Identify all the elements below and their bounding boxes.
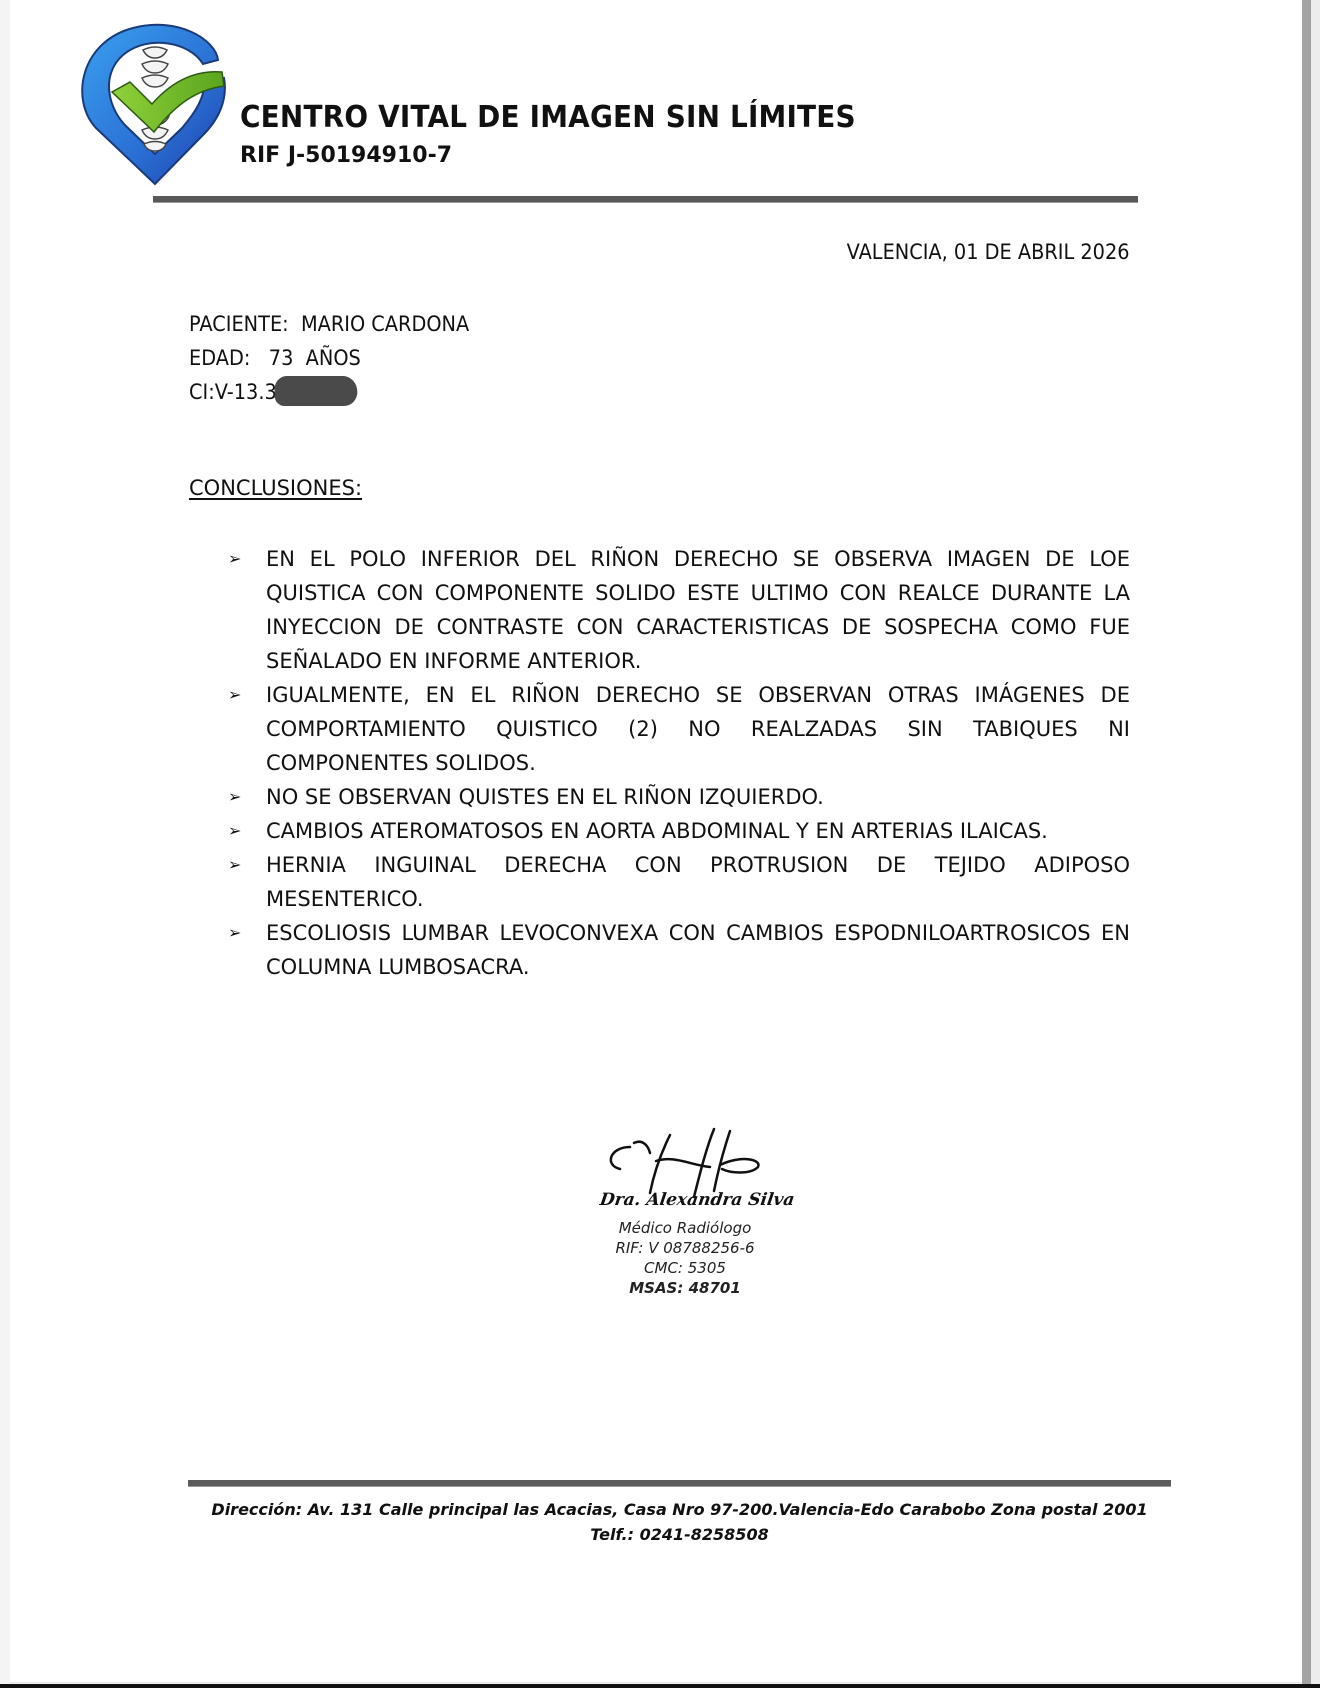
viewer-background bbox=[1311, 0, 1320, 1684]
report-date: VALENCIA, 01 DE ABRIL 2026 bbox=[847, 240, 1130, 264]
redaction-mark bbox=[275, 376, 358, 406]
patient-name-value: MARIO CARDONA bbox=[301, 312, 469, 336]
organization-name: CENTRO VITAL DE IMAGEN SIN LÍMITES bbox=[240, 100, 856, 135]
conclusion-item: ➢HERNIA INGUINAL DERECHA CON PROTRUSION … bbox=[226, 848, 1130, 916]
physician-credentials: Médico Radiólogo RIF: V 08788256-6 CMC: … bbox=[600, 1218, 770, 1298]
arrowhead-bullet-icon: ➢ bbox=[228, 916, 241, 950]
footer-divider bbox=[188, 1480, 1171, 1487]
patient-name-row: PACIENTE: MARIO CARDONA bbox=[189, 307, 469, 341]
footer: Dirección: Av. 131 Calle principal las A… bbox=[188, 1497, 1171, 1547]
patient-age-row: EDAD: 73 AÑOS bbox=[189, 341, 469, 375]
header-divider bbox=[153, 196, 1138, 203]
physician-title: Médico Radiólogo bbox=[600, 1218, 770, 1238]
organization-rif: RIF J-50194910-7 bbox=[240, 143, 452, 168]
conclusion-item: ➢CAMBIOS ATEROMATOSOS EN AORTA ABDOMINAL… bbox=[226, 814, 1130, 848]
arrowhead-bullet-icon: ➢ bbox=[228, 780, 241, 814]
physician-msas: MSAS: 48701 bbox=[600, 1278, 770, 1298]
physician-rif: RIF: V 08788256-6 bbox=[600, 1238, 770, 1258]
patient-ci-value: V-13.3 bbox=[215, 380, 277, 404]
physician-name: Dra. Alexandra Silva bbox=[599, 1190, 796, 1210]
arrowhead-bullet-icon: ➢ bbox=[228, 848, 241, 882]
conclusion-item: ➢IGUALMENTE, EN EL RIÑON DERECHO SE OBSE… bbox=[226, 678, 1130, 780]
patient-info: PACIENTE: MARIO CARDONA EDAD: 73 AÑOS CI… bbox=[189, 307, 494, 409]
patient-age-value: 73 AÑOS bbox=[269, 346, 361, 370]
conclusions-heading: CONCLUSIONES: bbox=[189, 476, 362, 500]
patient-ci-row: CI:V-13.3 bbox=[189, 375, 469, 409]
patient-name-label: PACIENTE: bbox=[189, 312, 289, 336]
physician-cmc: CMC: 5305 bbox=[600, 1258, 770, 1278]
viewer-bottom-border bbox=[0, 1684, 1320, 1688]
footer-phone: Telf.: 0241-8258508 bbox=[188, 1522, 1171, 1547]
conclusions-list: ➢EN EL POLO INFERIOR DEL RIÑON DERECHO S… bbox=[226, 542, 1130, 984]
footer-address: Dirección: Av. 131 Calle principal las A… bbox=[188, 1497, 1171, 1522]
arrowhead-bullet-icon: ➢ bbox=[228, 678, 241, 712]
arrowhead-bullet-icon: ➢ bbox=[228, 814, 241, 848]
arrowhead-bullet-icon: ➢ bbox=[228, 542, 241, 576]
conclusion-item: ➢ESCOLIOSIS LUMBAR LEVOCONVEXA CON CAMBI… bbox=[226, 916, 1130, 984]
clinic-logo-icon bbox=[78, 20, 233, 188]
patient-age-label: EDAD: bbox=[189, 346, 250, 370]
patient-ci-label: CI: bbox=[189, 380, 215, 404]
page-edge-shadow bbox=[1302, 0, 1311, 1684]
conclusion-item: ➢EN EL POLO INFERIOR DEL RIÑON DERECHO S… bbox=[226, 542, 1130, 678]
conclusion-item: ➢NO SE OBSERVAN QUISTES EN EL RIÑON IZQU… bbox=[226, 780, 1130, 814]
